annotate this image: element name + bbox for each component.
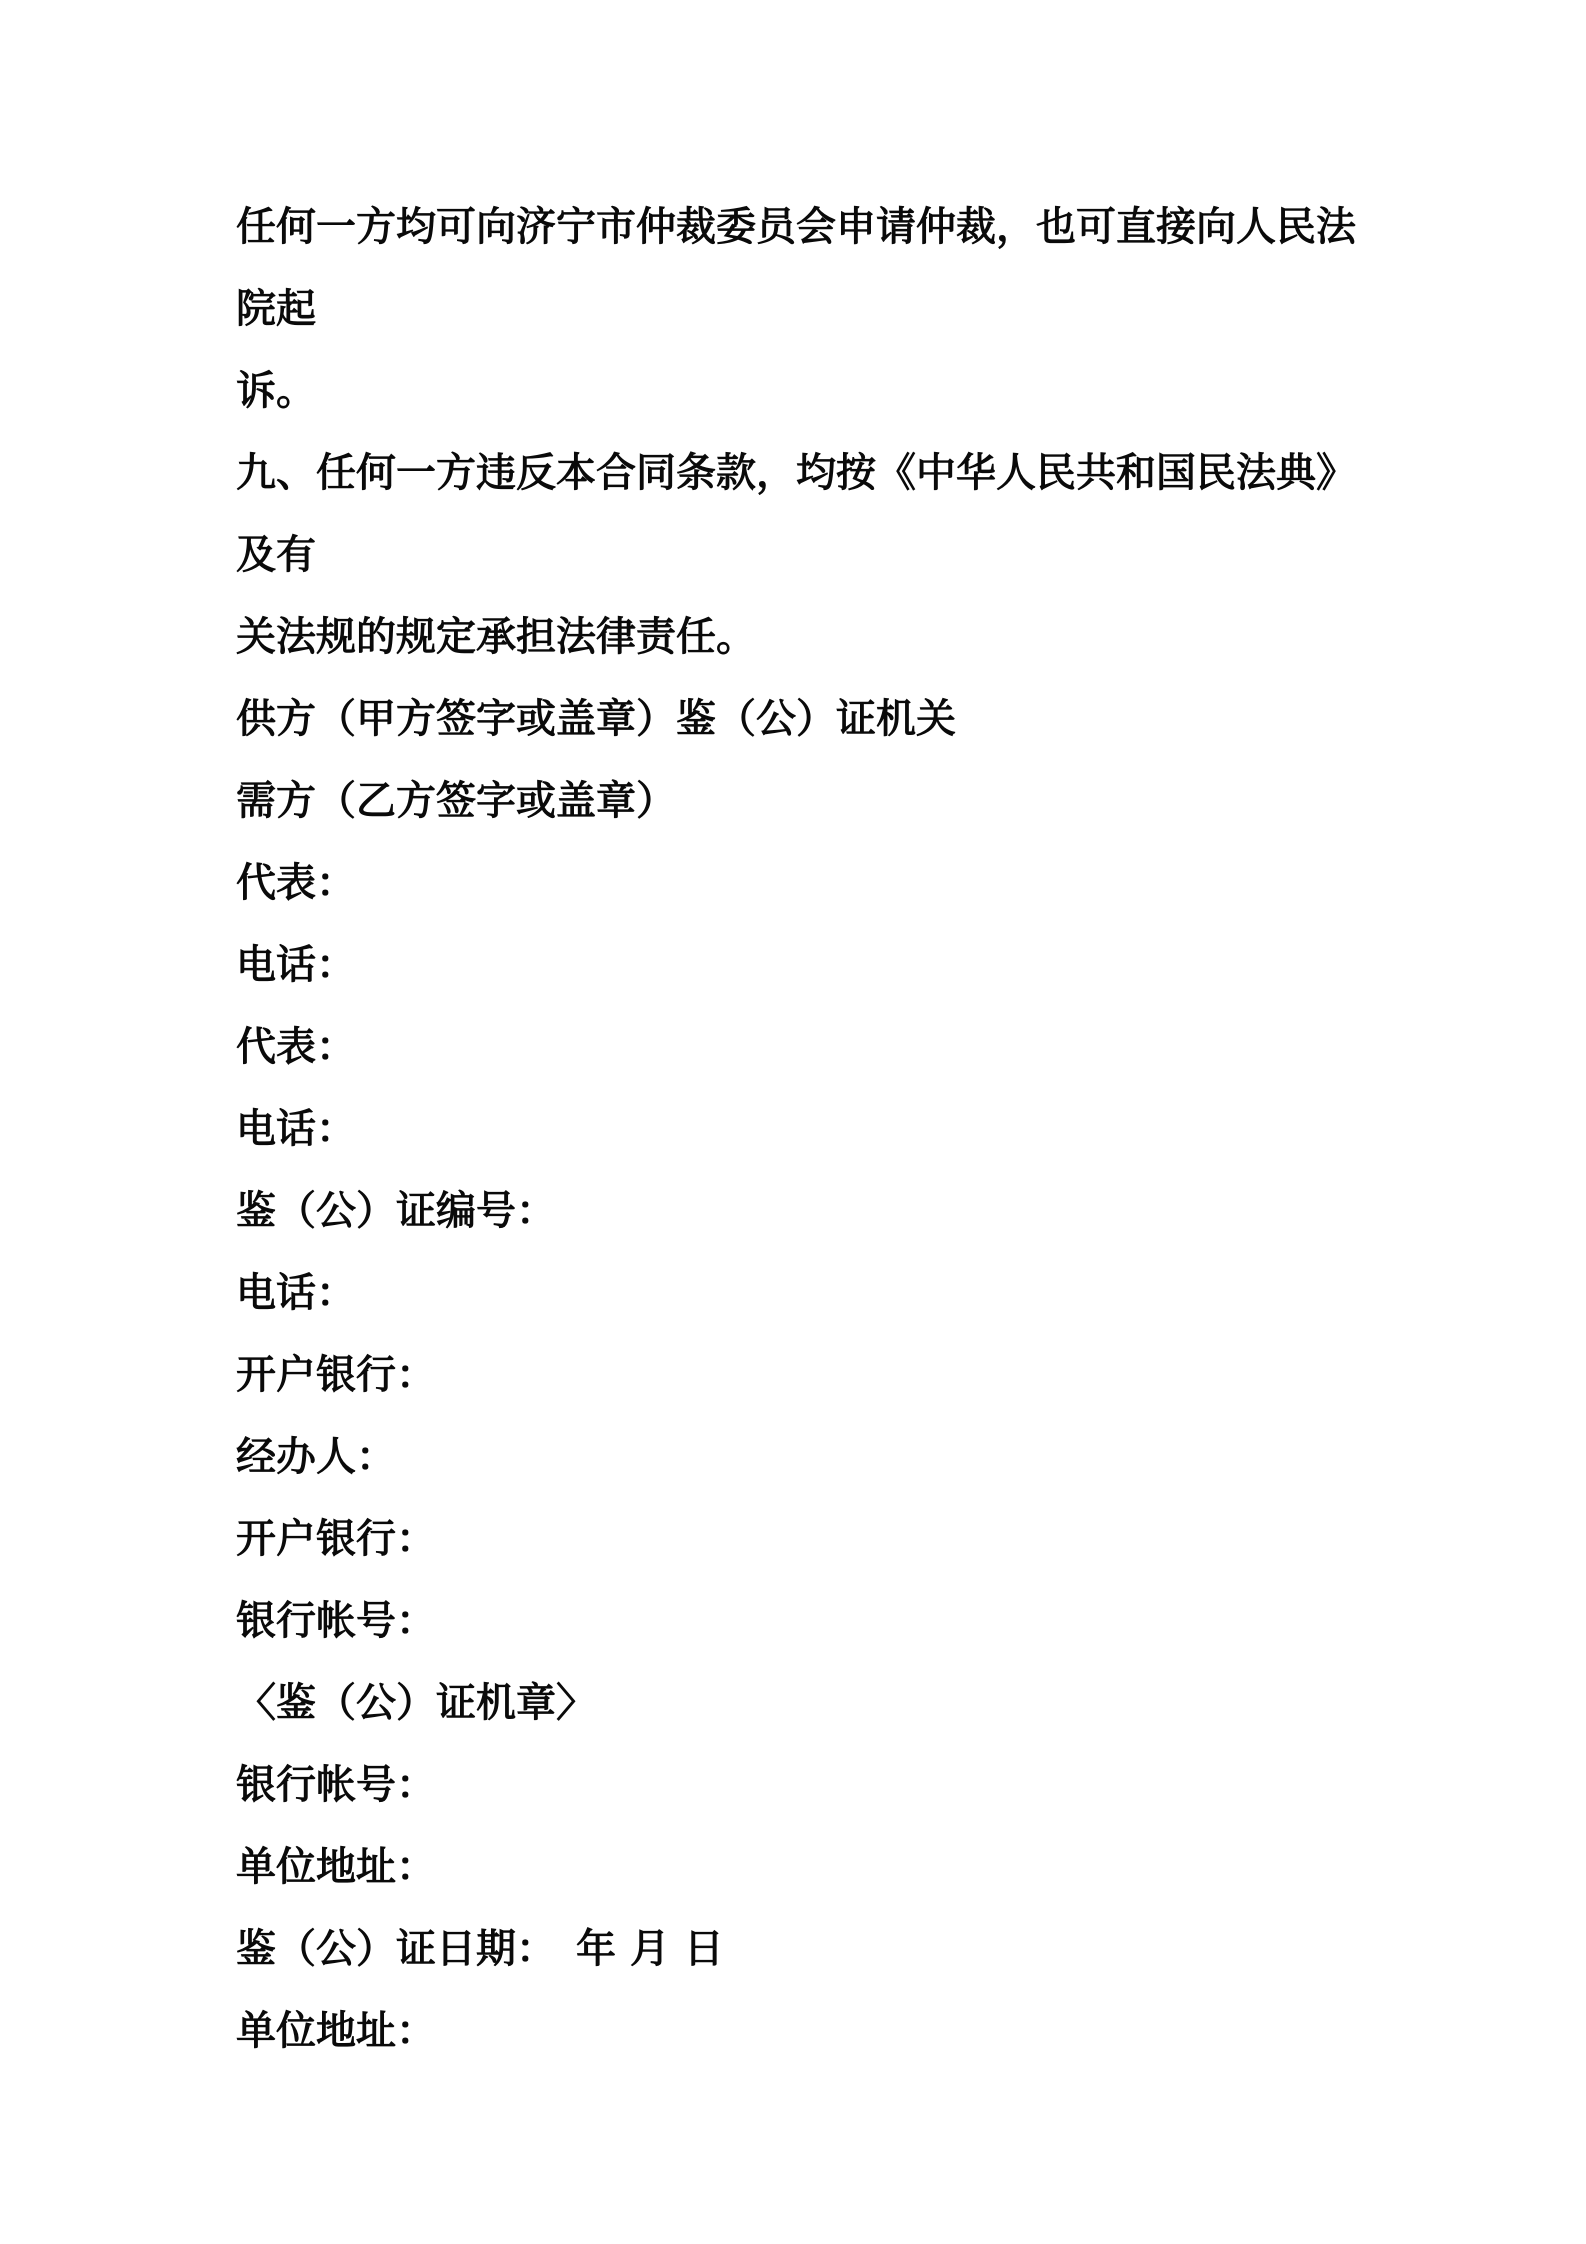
text-line: 鉴（公）证日期： 年 月 日 — [236, 1908, 1356, 1990]
text-line: 鉴（公）证编号： — [236, 1170, 1356, 1252]
text-line: 九、任何一方违反本合同条款，均按《中华人民共和国民法典》及有 — [236, 432, 1356, 596]
text-line: 银行帐号： — [236, 1580, 1356, 1662]
text-line: 电话： — [236, 924, 1356, 1006]
text-line: 电话： — [236, 1252, 1356, 1334]
text-line: 单位地址： — [236, 1990, 1356, 2072]
document-page: 任何一方均可向济宁市仲裁委员会申请仲裁，也可直接向人民法院起诉。九、任何一方违反… — [0, 0, 1586, 2244]
text-line: 开户银行： — [236, 1334, 1356, 1416]
text-line: 单位地址： — [236, 1826, 1356, 1908]
text-line: 〈鉴（公）证机章〉 — [236, 1662, 1356, 1744]
text-line: 关法规的规定承担法律责任。 — [236, 596, 1356, 678]
text-line: 开户银行： — [236, 1498, 1356, 1580]
text-line: 供方（甲方签字或盖章）鉴（公）证机关 — [236, 678, 1356, 760]
text-line: 银行帐号： — [236, 1744, 1356, 1826]
text-line: 电话： — [236, 1088, 1356, 1170]
text-line: 经办人： — [236, 1416, 1356, 1498]
text-line: 需方（乙方签字或盖章） — [236, 760, 1356, 842]
text-line: 诉。 — [236, 350, 1356, 432]
text-line: 代表： — [236, 1006, 1356, 1088]
contract-text-block: 任何一方均可向济宁市仲裁委员会申请仲裁，也可直接向人民法院起诉。九、任何一方违反… — [236, 186, 1356, 2072]
text-line: 任何一方均可向济宁市仲裁委员会申请仲裁，也可直接向人民法院起 — [236, 186, 1356, 350]
text-line: 代表： — [236, 842, 1356, 924]
